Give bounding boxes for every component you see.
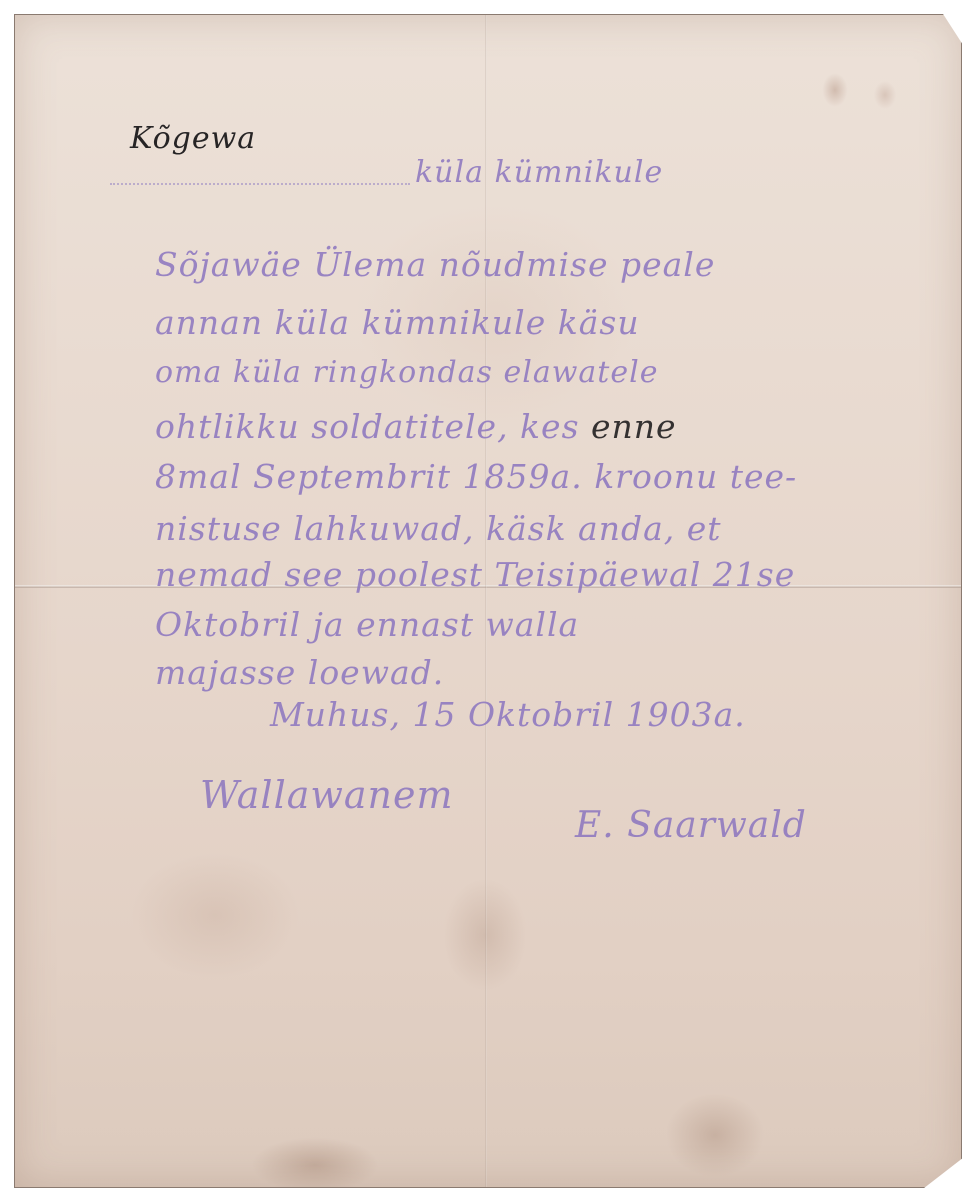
body-line-3: oma küla ringkondas elawatele: [155, 355, 658, 390]
body-line-8: Oktobril ja ennast walla: [155, 605, 579, 644]
signature-name: E. Saarwald: [575, 805, 807, 846]
inserted-word: enne: [591, 407, 677, 446]
header-recipient: küla kümnikule: [415, 155, 663, 190]
place-and-date: Muhus, 15 Oktobril 1903a.: [270, 695, 746, 734]
body-line-9: majasse loewad.: [155, 653, 444, 692]
body-line-2: annan küla kümnikule käsu: [155, 303, 640, 342]
signature-title: Wallawanem: [200, 773, 454, 817]
body-line-4-text: ohtlikku soldatitele, kes: [155, 407, 591, 446]
vertical-fold-crease: [485, 15, 487, 1187]
body-line-4: ohtlikku soldatitele, kes enne: [155, 407, 677, 446]
body-line-1: Sõjawäe Ülema nõudmise peale: [155, 245, 715, 284]
body-line-5: 8mal Septembrit 1859a. kroonu tee-: [155, 457, 797, 496]
header-place-name: Kõgewa: [130, 121, 256, 156]
body-line-7: nemad see poolest Teisipäewal 21se: [155, 555, 795, 594]
body-line-6: nistuse lahkuwad, käsk anda, et: [155, 509, 722, 548]
dotted-fill-line: [110, 183, 410, 185]
document-page: Kõgewa küla kümnikule Sõjawäe Ülema nõud…: [14, 14, 962, 1188]
